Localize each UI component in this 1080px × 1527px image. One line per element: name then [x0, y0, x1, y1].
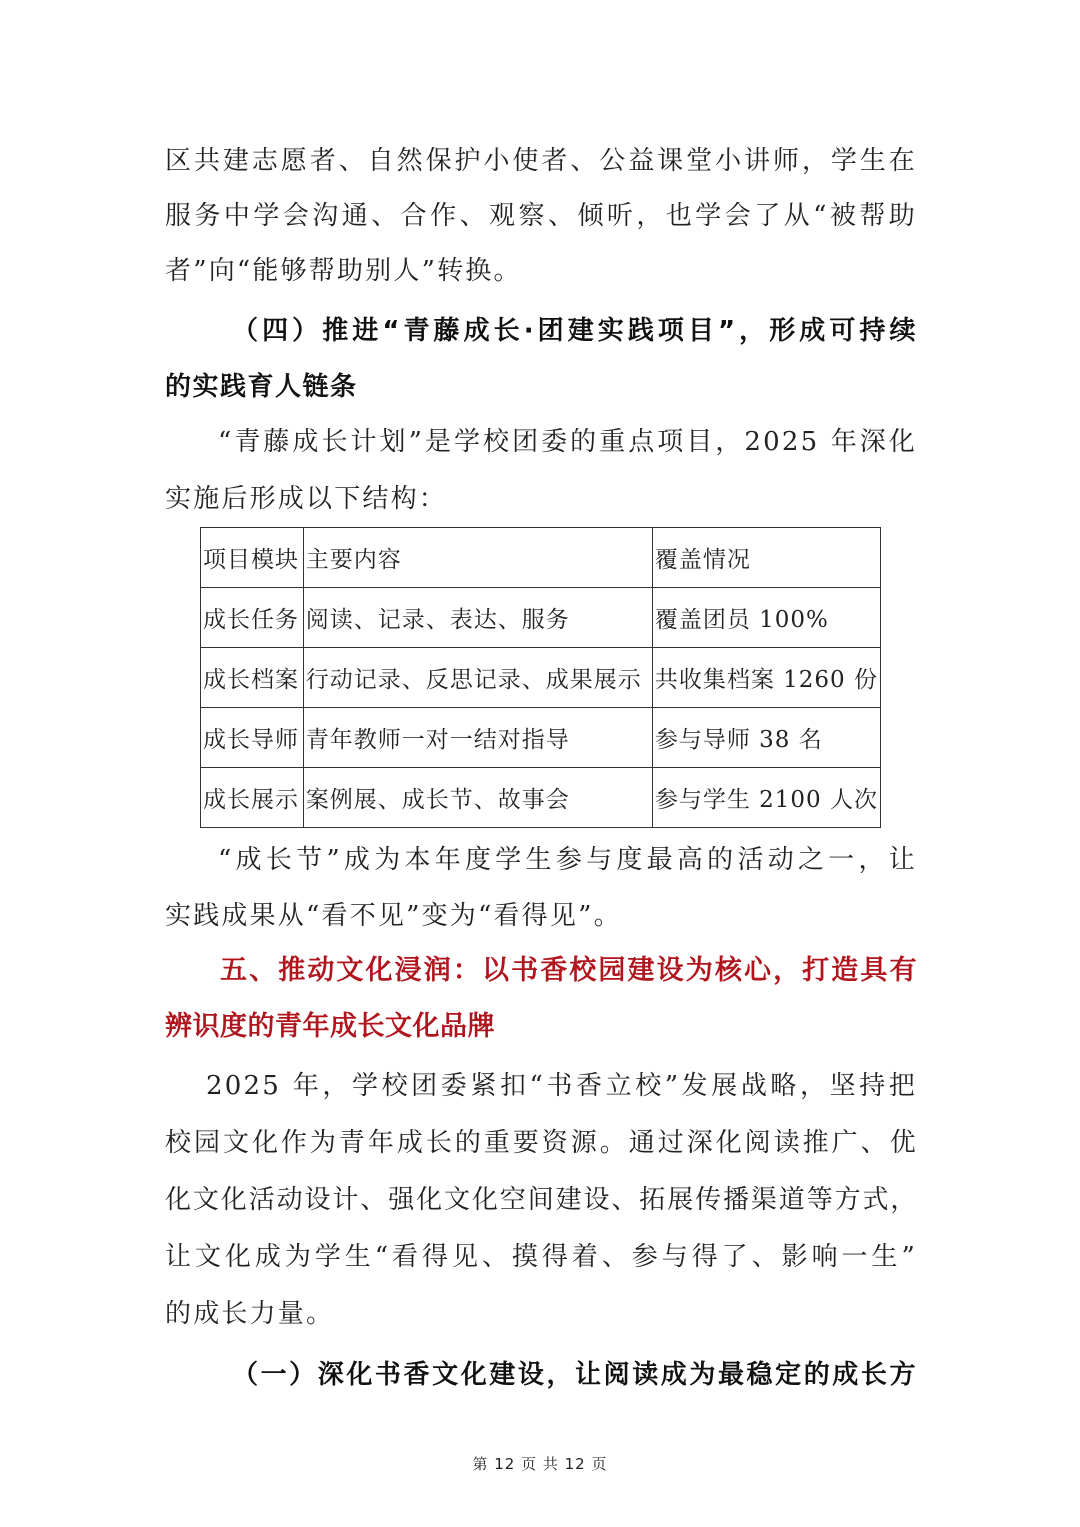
document-page: 区共建志愿者、自然保护小使者、公益课堂小讲师，学生在 服务中学会沟通、合作、观察…: [0, 0, 1080, 1527]
body-text-line: 2025 年，学校团委紧扣“书香立校”发展战略，坚持把: [206, 1071, 917, 1101]
page-footer: 第 12 页 共 12 页: [0, 1453, 1080, 1474]
table-cell: 成长导师: [201, 708, 304, 768]
body-text-line: 化文化活动设计、强化文化空间建设、拓展传播渠道等方式，: [165, 1185, 917, 1215]
body-text-line: 校园文化作为青年成长的重要资源。通过深化阅读推广、优: [165, 1128, 917, 1158]
table-cell: 覆盖团员 100%: [652, 588, 880, 648]
subheading-4: （四）推进“青藤成长·团建实践项目”，形成可持续: [232, 316, 917, 346]
table-cell: 共收集档案 1260 份: [652, 648, 880, 708]
table-header-row: 项目模块 主要内容 覆盖情况: [201, 528, 881, 588]
table-row: 成长导师 青年教师一对一结对指导 参与导师 38 名: [201, 708, 881, 768]
table-cell: 参与导师 38 名: [652, 708, 880, 768]
table-cell: 青年教师一对一结对指导: [303, 708, 652, 768]
growth-plan-table: 项目模块 主要内容 覆盖情况 成长任务 阅读、记录、表达、服务 覆盖团员 100…: [200, 527, 881, 828]
subheading-4-cont: 的实践育人链条: [165, 372, 917, 402]
table-cell: 成长档案: [201, 648, 304, 708]
table-header-cell: 项目模块: [201, 528, 304, 588]
section-5-heading: 五、推动文化浸润：以书香校园建设为核心，打造具有: [220, 956, 917, 986]
body-text-line: 让文化成为学生“看得见、摸得着、参与得了、影响一生”: [165, 1242, 917, 1272]
table-cell: 阅读、记录、表达、服务: [303, 588, 652, 648]
body-text-line: 的成长力量。: [165, 1299, 917, 1329]
table-row: 成长任务 阅读、记录、表达、服务 覆盖团员 100%: [201, 588, 881, 648]
table-header-cell: 主要内容: [303, 528, 652, 588]
body-text-line: 实施后形成以下结构：: [165, 484, 917, 514]
section-5-heading-cont: 辨识度的青年成长文化品牌: [165, 1012, 917, 1042]
table-cell: 行动记录、反思记录、成果展示: [303, 648, 652, 708]
table-row: 成长档案 行动记录、反思记录、成果展示 共收集档案 1260 份: [201, 648, 881, 708]
subheading-1: （一）深化书香文化建设，让阅读成为最稳定的成长方: [232, 1360, 917, 1390]
body-text-line: 服务中学会沟通、合作、观察、倾听，也学会了从“被帮助: [165, 201, 917, 231]
body-text-line: “青藤成长计划”是学校团委的重点项目，2025 年深化: [218, 427, 917, 457]
table-cell: 案例展、成长节、故事会: [303, 768, 652, 828]
body-text-line: “成长节”成为本年度学生参与度最高的活动之一，让: [218, 845, 917, 875]
body-text-line: 区共建志愿者、自然保护小使者、公益课堂小讲师，学生在: [165, 146, 917, 176]
table-header-cell: 覆盖情况: [652, 528, 880, 588]
table-cell: 参与学生 2100 人次: [652, 768, 880, 828]
table-cell: 成长任务: [201, 588, 304, 648]
table-cell: 成长展示: [201, 768, 304, 828]
body-text-line: 实践成果从“看不见”变为“看得见”。: [165, 901, 917, 931]
body-text-line: 者”向“能够帮助别人”转换。: [165, 256, 917, 286]
table-row: 成长展示 案例展、成长节、故事会 参与学生 2100 人次: [201, 768, 881, 828]
